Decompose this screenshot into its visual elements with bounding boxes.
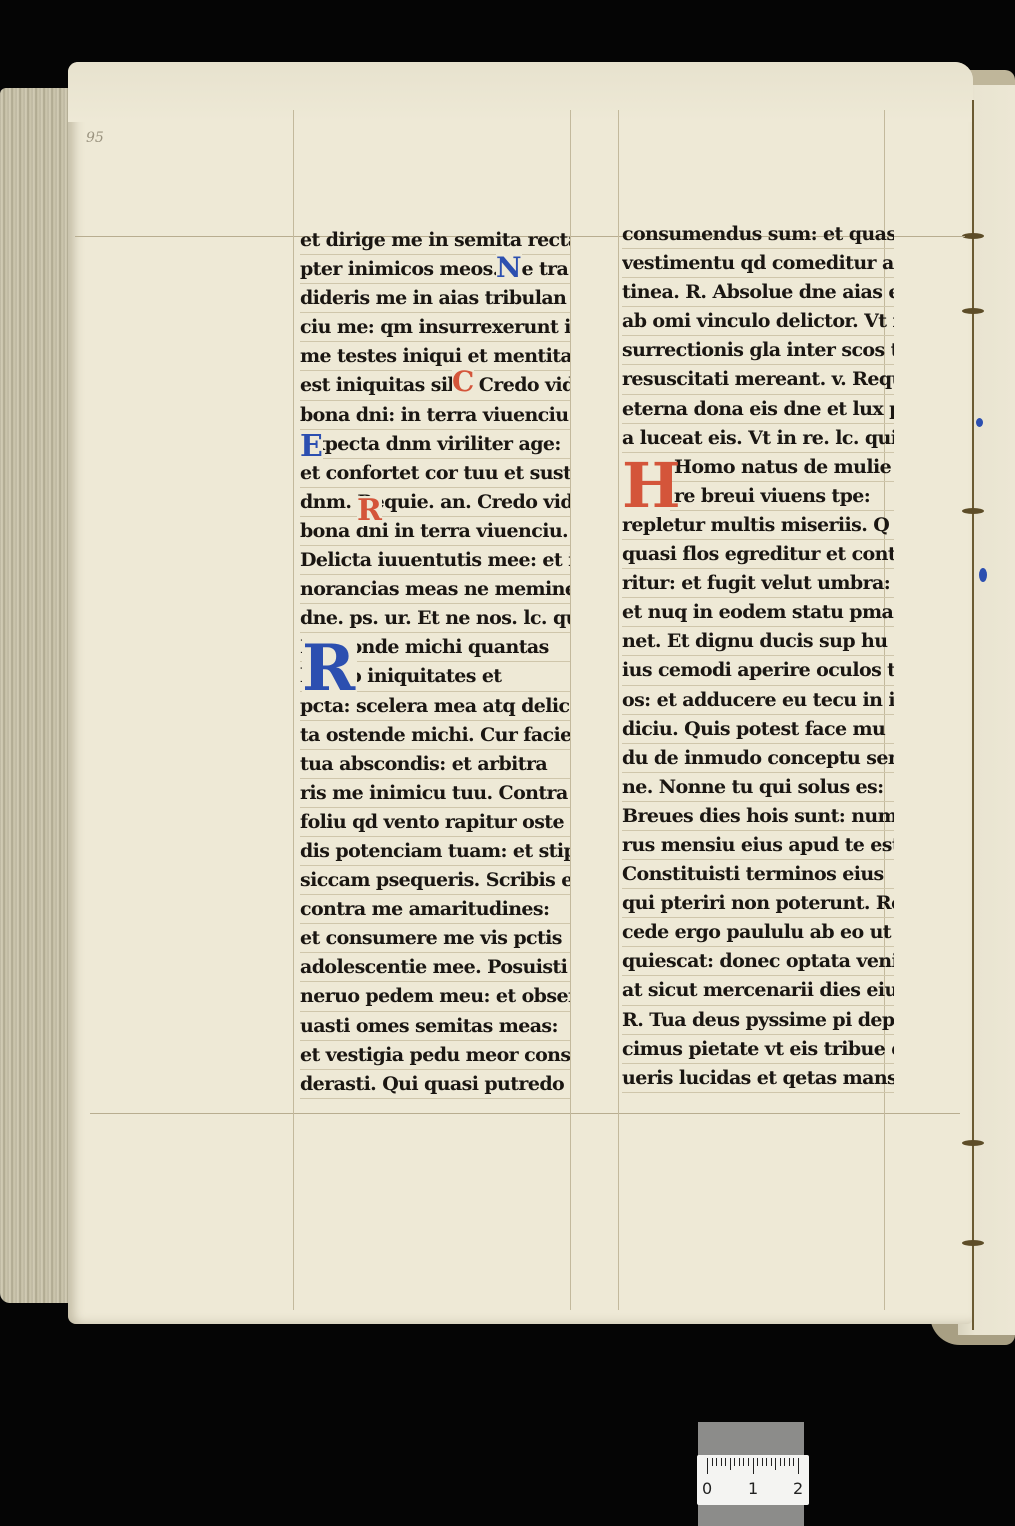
blue-ink-mark (979, 568, 987, 582)
ruler-label-1: 1 (748, 1479, 758, 1498)
ruler-label-0: 0 (702, 1479, 712, 1498)
text-line: tua abscondis: et arbitra (300, 750, 570, 779)
text-line: at sicut mercenarii dies eius. (622, 976, 894, 1005)
decorated-initial-red-h: H (622, 455, 670, 517)
ruling-bottom (90, 1113, 960, 1114)
sewing-station (962, 1140, 984, 1146)
text-line: ris me inimicu tuu. Contra (300, 779, 570, 808)
text-line: consumendus sum: et quasi (622, 220, 894, 249)
text-line: quiescat: donec optata veni (622, 947, 894, 976)
text-line: dideris me in aias tribulan (300, 284, 570, 313)
text-line: dis potenciam tuam: et stipula (300, 837, 570, 866)
sewing-station (962, 1240, 984, 1246)
text-line: dne. ps. ur. Et ne nos. lc. quita (300, 604, 570, 633)
text-line: cede ergo paululu ab eo ut (622, 918, 894, 947)
text-line: derasti. Qui quasi putredo (300, 1070, 570, 1099)
text-line: me testes iniqui et mentita (300, 342, 570, 371)
ruling-left-col-end (570, 110, 571, 1310)
scale-ruler: 0 1 2 (697, 1455, 809, 1505)
text-line: dnm. Requie. an. Credo videre (300, 488, 570, 517)
text-line: eterna dona eis dne et lux ppetu (622, 395, 894, 424)
text-line: diciu. Quis potest face mu (622, 715, 894, 744)
text-line: et vestigia pedu meor consi (300, 1041, 570, 1070)
text-line: Breues dies hois sunt: nume (622, 802, 894, 831)
text-line: est iniquitas sibi. Credo vide (300, 371, 570, 400)
ruler-label-2: 2 (793, 1479, 803, 1498)
text-line: bona dni in terra viuenciu. v (300, 517, 570, 546)
text-line: bona dni: in terra viuenciu (300, 401, 570, 430)
sewing-station (962, 508, 984, 514)
folio-mark: 95 (86, 130, 104, 146)
right-text-column: consumendus sum: et quasi vestimentu qd … (622, 220, 894, 1093)
text-line: ta ostende michi. Cur faciem (300, 721, 570, 750)
text-line: surrectionis gla inter scos tuos (622, 336, 894, 365)
text-line: ritur: et fugit velut umbra: (622, 569, 894, 598)
text-line: tinea. R. Absolue dne aias eor (622, 278, 894, 307)
text-line: qui pteriri non poterunt. Re (622, 889, 894, 918)
ruling-right-col-start (618, 110, 619, 1310)
page-top-shade (68, 62, 973, 122)
text-line: neruo pedem meu: et obser (300, 982, 570, 1011)
initial-blue-e: E (300, 432, 323, 462)
text-line: Delicta iuuentutis mee: et ig (300, 546, 570, 575)
text-line: cimus pietate vt eis tribue dig (622, 1035, 894, 1064)
text-line: et confortet cor tuu et sustine (300, 459, 570, 488)
text-line: Expecta dnm viriliter age: (300, 430, 570, 459)
text-line: resuscitati mereant. v. Requie (622, 365, 894, 394)
text-line: ciu me: qm insurrexerunt in (300, 313, 570, 342)
text-line: et consumere me vis pctis (300, 924, 570, 953)
text-line: norancias meas ne memineris (300, 575, 570, 604)
sewing-station (962, 233, 984, 239)
text-line: ueris lucidas et qetas mansiones. (622, 1064, 894, 1093)
text-line: contra me amaritudines: (300, 895, 570, 924)
ruling-left-col-start (293, 110, 294, 1310)
sewing-station (962, 308, 984, 314)
text-line: foliu qd vento rapitur oste (300, 808, 570, 837)
text-line: ius cemodi aperire oculos tu (622, 656, 894, 685)
text-line: quasi flos egreditur et conte (622, 540, 894, 569)
blue-ink-mark (976, 418, 983, 427)
text-line: ab omi vinculo delictor. Vt in re (622, 307, 894, 336)
text-line: rus mensiu eius apud te est. (622, 831, 894, 860)
initial-red-r: R (357, 496, 382, 526)
text-line: os: et adducere eu tecu in iu (622, 686, 894, 715)
text-line: du de inmudo conceptu semi (622, 744, 894, 773)
text-line: siccam psequeris. Scribis eni (300, 866, 570, 895)
initial-blue-n: N (496, 254, 522, 282)
text-line: et nuq in eodem statu pma (622, 598, 894, 627)
text-line: uasti omes semitas meas: (300, 1012, 570, 1041)
text-line: adolescentie mee. Posuisti i (300, 953, 570, 982)
text-line: vestimentu qd comeditur a (622, 249, 894, 278)
text-line: pter inimicos meos. Ne tra (300, 255, 570, 284)
text-line: ne. Nonne tu qui solus es: (622, 773, 894, 802)
initial-red-c: C (452, 368, 474, 396)
text-line: et dirige me in semita recta (300, 226, 570, 255)
text-line: Constituisti terminos eius (622, 860, 894, 889)
decorated-initial-blue-r: R (302, 637, 357, 701)
text-line: net. Et dignu ducis sup hu (622, 627, 894, 656)
text-line: R. Tua deus pyssime pi depo (622, 1006, 894, 1035)
